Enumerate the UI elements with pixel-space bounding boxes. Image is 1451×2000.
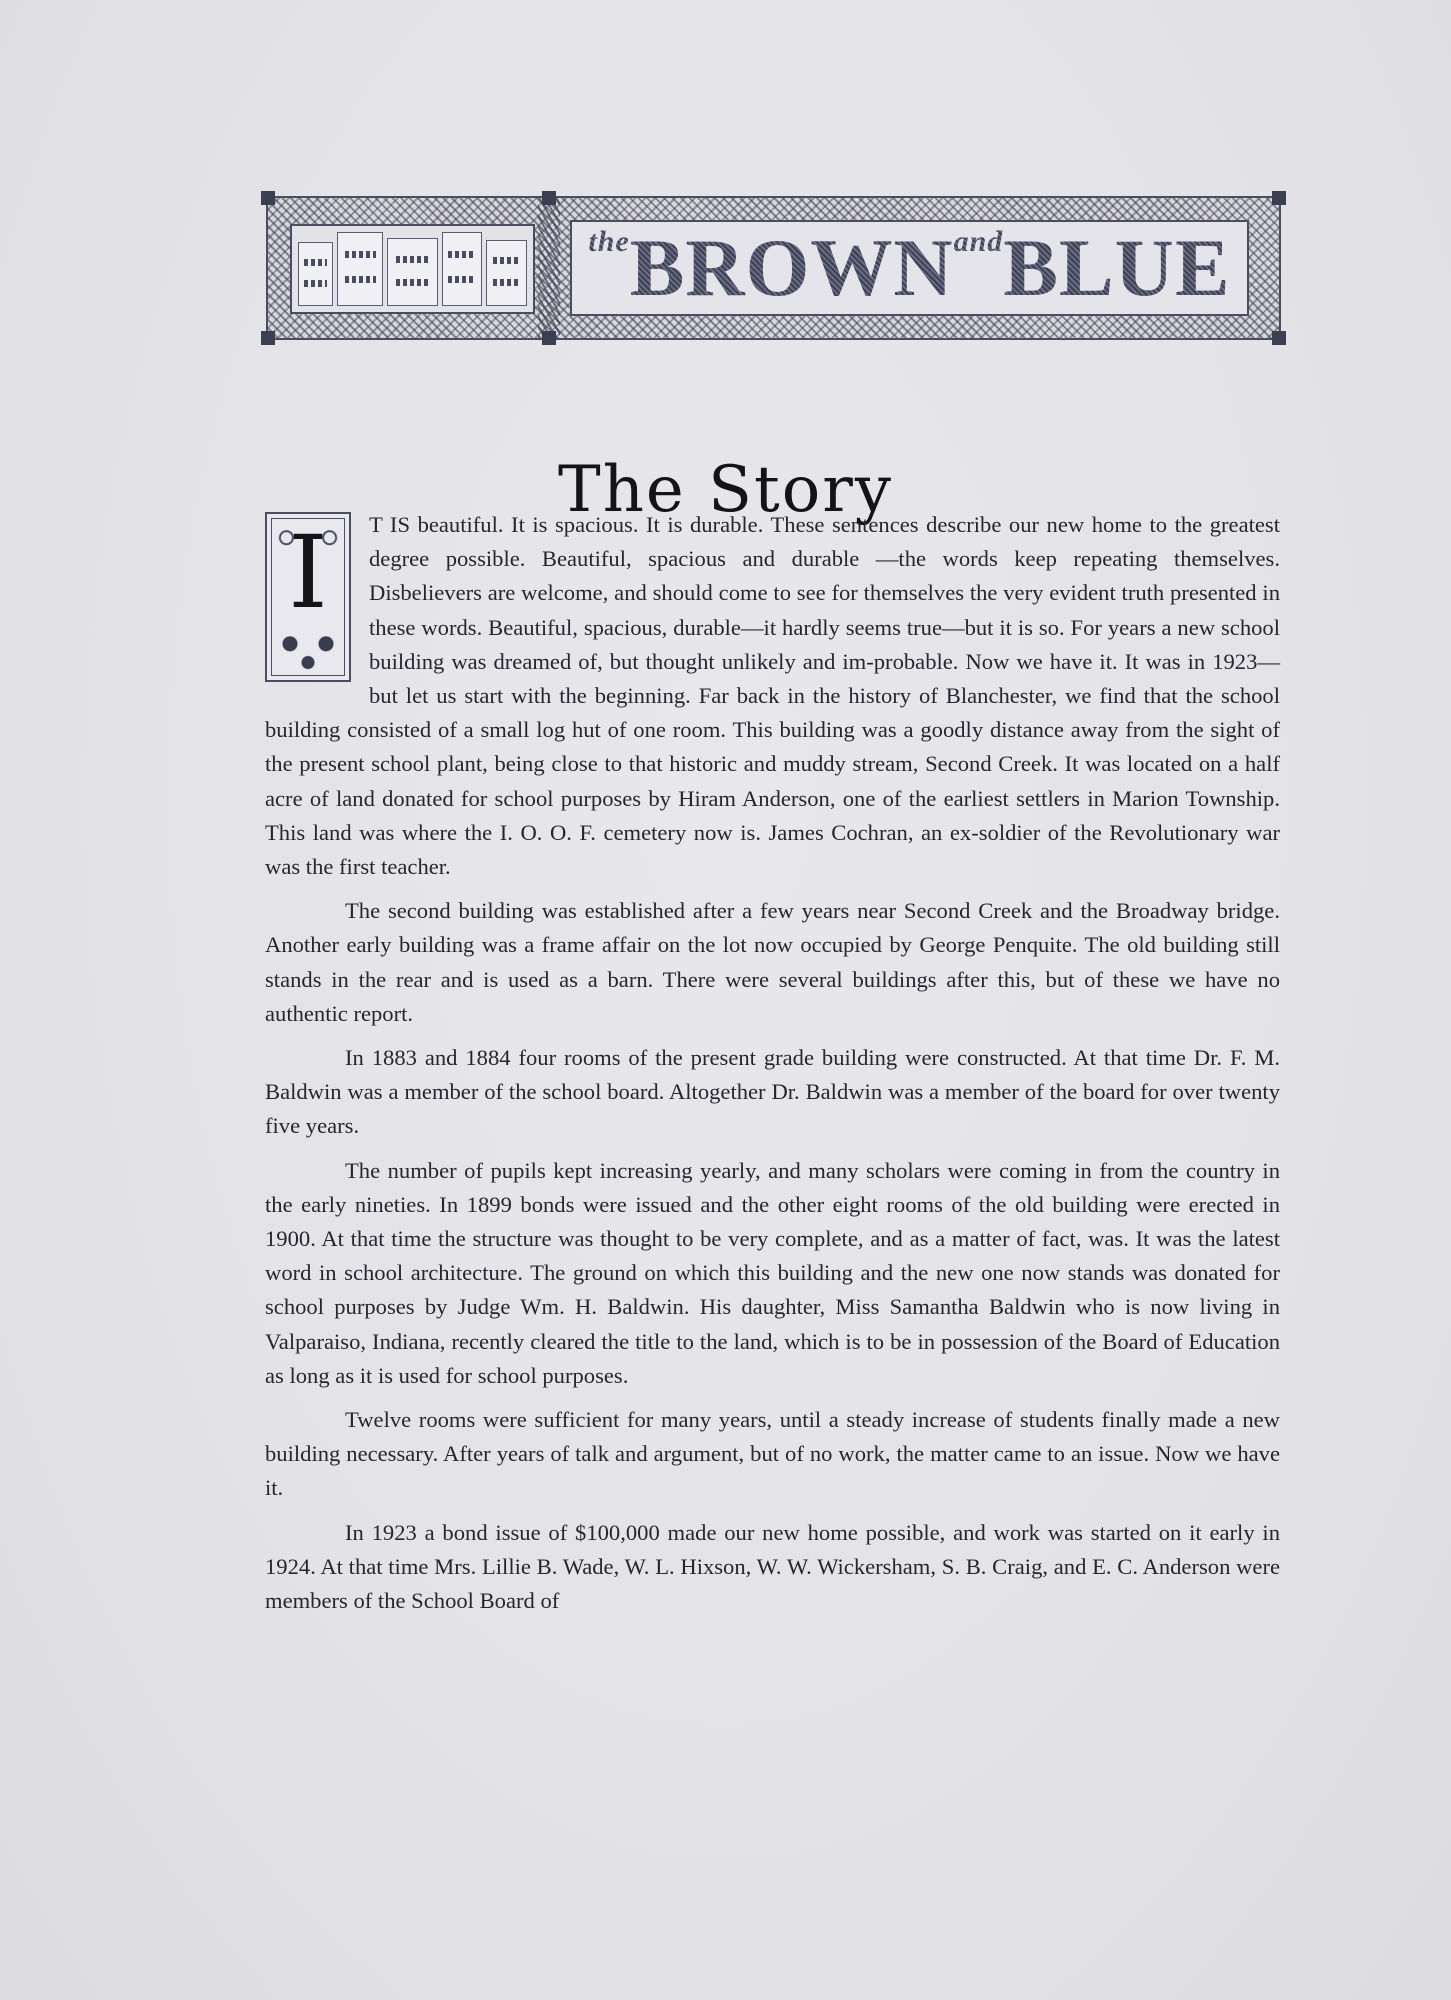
building-wing [486,240,527,306]
building-wing [337,232,383,306]
masthead-connector: and [954,225,1004,258]
paragraph: The number of pupils kept increasing yea… [265,1154,1280,1393]
floral-ornament-icon: I [271,518,345,676]
masthead-banner: theBROWNandBLUE [266,196,1281,340]
school-building-illustration [290,224,535,314]
paragraph: T IS beautiful. It is spacious. It is du… [265,508,1280,884]
masthead-prefix: the [588,225,629,258]
building-wing [442,232,483,306]
building-center [387,238,437,306]
banner-corner-ornament [1272,191,1286,205]
decorative-drop-cap: I [265,512,351,682]
article-body: I T IS beautiful. It is spacious. It is … [265,508,1280,1628]
masthead-title: theBROWNandBLUE [588,227,1230,309]
building-wing [298,242,333,306]
masthead-word-blue: BLUE [1003,222,1230,313]
masthead-title-box: theBROWNandBLUE [570,220,1249,316]
paragraph: Twelve rooms were sufficient for many ye… [265,1403,1280,1506]
paragraph: In 1923 a bond issue of $100,000 made ou… [265,1516,1280,1619]
banner-corner-ornament [261,331,275,345]
paragraph: The second building was established afte… [265,894,1280,1031]
banner-corner-ornament [261,191,275,205]
drop-cap-letter: I [288,523,328,623]
masthead-word-brown: BROWN [630,222,954,313]
banner-corner-ornament [1272,331,1286,345]
paragraph: In 1883 and 1884 four rooms of the prese… [265,1041,1280,1144]
banner-divider [538,198,560,338]
page: theBROWNandBLUE The Story I T IS beautif… [0,0,1451,2000]
